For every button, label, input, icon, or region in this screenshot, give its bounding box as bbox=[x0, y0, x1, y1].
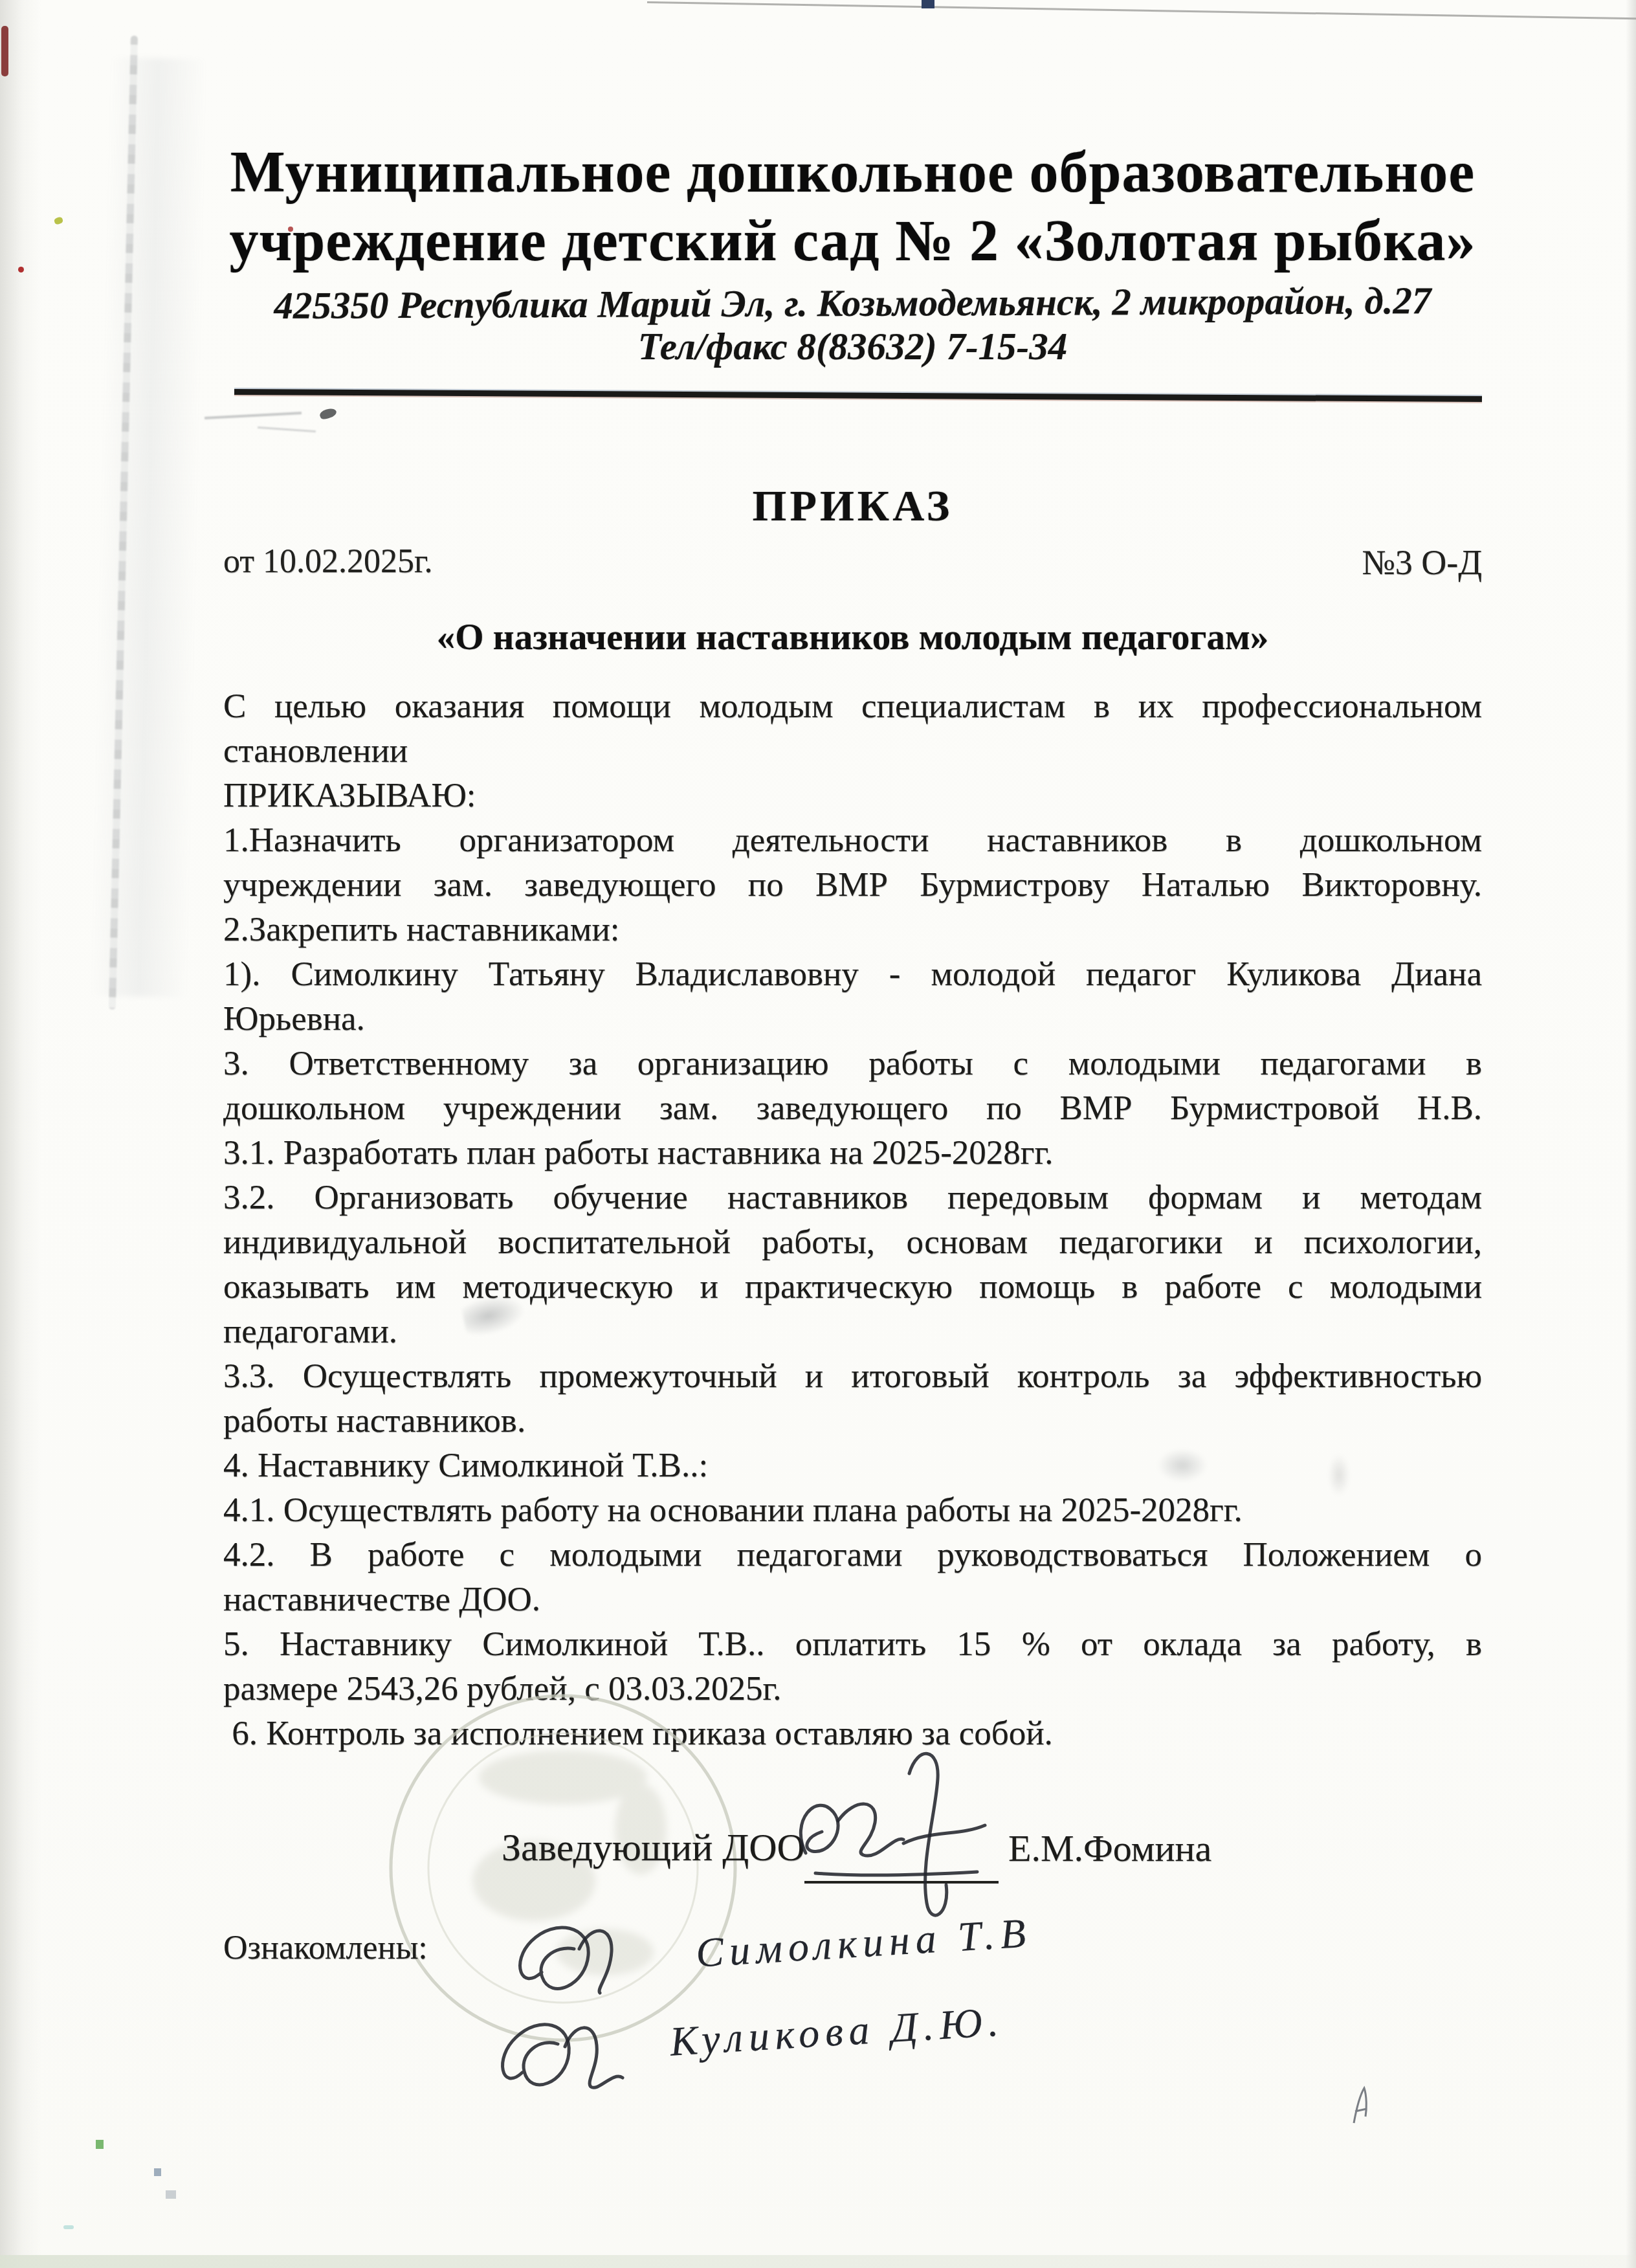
green-speck bbox=[96, 2140, 104, 2149]
right-page-edge-shading bbox=[1626, 0, 1636, 2268]
gray-speck bbox=[166, 2190, 176, 2199]
organization-phone: Тел/факс 8(83632) 7-15-34 bbox=[223, 325, 1482, 368]
pencil-smudge-line bbox=[204, 412, 302, 419]
order-title: ПРИКАЗ bbox=[223, 480, 1482, 531]
order-body-line: 2.Закрепить наставниками: bbox=[223, 907, 1482, 952]
acknowledged-label: Ознакомлены: bbox=[223, 1929, 428, 1967]
yellow-green-speck bbox=[54, 216, 64, 225]
order-body: С целью оказания помощи молодым специали… bbox=[223, 684, 1482, 1756]
order-body-line: 1.Назначить организатором деятельности н… bbox=[223, 818, 1482, 863]
order-body-line: работы наставников. bbox=[223, 1399, 1482, 1443]
small-pencil-caret-mark bbox=[1347, 2083, 1373, 2128]
order-body-line: 3.3. Осуществлять промежуточный и итогов… bbox=[223, 1354, 1482, 1399]
letterhead-divider-line bbox=[234, 389, 1482, 402]
top-edge-slanted-line bbox=[647, 1, 1636, 20]
order-body-line: становлении bbox=[223, 729, 1482, 773]
order-body-line: педагогами. bbox=[223, 1309, 1482, 1354]
cyan-dash bbox=[63, 2225, 74, 2229]
order-body-line: ПРИКАЗЫВАЮ: bbox=[223, 773, 1482, 818]
order-body-line: 3. Ответственному за организацию работы … bbox=[223, 1041, 1482, 1086]
order-body-line: 4. Наставнику Симолкиной Т.В..: bbox=[223, 1443, 1482, 1488]
red-speck bbox=[288, 227, 293, 232]
organization-address: 425350 Республика Марий Эл, г. Козьмодем… bbox=[223, 278, 1482, 328]
order-number: №3 О-Д bbox=[1362, 542, 1482, 583]
letterhead: Муниципальное дошкольное образовательное… bbox=[223, 139, 1482, 368]
order-date: от 10.02.2025г. bbox=[223, 542, 433, 583]
acknowledged-signature-flourish-2 bbox=[489, 1994, 644, 2104]
order-body-line: С целью оказания помощи молодым специали… bbox=[223, 684, 1482, 729]
order-date-row: от 10.02.2025г. №3 О-Д bbox=[223, 542, 1482, 583]
pencil-smudge-line bbox=[258, 427, 316, 432]
order-body-line: 5. Наставнику Симолкиной Т.В.. оплатить … bbox=[223, 1622, 1482, 1667]
blue-gray-speck bbox=[154, 2168, 161, 2176]
organization-name-line2: учреждение детский сад № 2 «Золотая рыбк… bbox=[223, 207, 1482, 276]
order-body-line: 1). Симолкину Татьяну Владиславовну - мо… bbox=[223, 952, 1482, 997]
order-body-line: учреждении зам. заведующего по ВМР Бурми… bbox=[223, 863, 1482, 907]
gray-smudge bbox=[1157, 1449, 1208, 1482]
order-body-line: индивидуальной воспитательной работы, ос… bbox=[223, 1220, 1482, 1265]
order-body-line: 4.1. Осуществлять работу на основании пл… bbox=[223, 1488, 1482, 1533]
red-speck bbox=[18, 267, 24, 272]
organization-name-line1: Муниципальное дошкольное образовательное bbox=[223, 139, 1482, 207]
ink-blot bbox=[318, 406, 337, 420]
document-page: { "letterhead": { "org_line1": "Муниципа… bbox=[0, 0, 1636, 2268]
order-body-line: 3.2. Организовать обучение наставников п… bbox=[223, 1175, 1482, 1220]
order-body-line: 3.1. Разработать план работы наставника … bbox=[223, 1131, 1482, 1175]
left-page-edge-shading bbox=[0, 0, 41, 2268]
bottom-scan-band bbox=[0, 2255, 1636, 2268]
order-body-line: дошкольном учреждении зам. заведующего п… bbox=[223, 1086, 1482, 1131]
order-body-line: 4.2. В работе с молодыми педагогами руко… bbox=[223, 1533, 1482, 1577]
left-margin-smudge-halo bbox=[91, 57, 207, 997]
order-subject: «О назначении наставников молодым педаго… bbox=[223, 616, 1482, 658]
left-edge-red-mark bbox=[1, 26, 8, 76]
director-name: Е.М.Фомина bbox=[1008, 1827, 1211, 1870]
order-body-line: наставничестве ДОО. bbox=[223, 1577, 1482, 1622]
order-body-line: оказывать им методическую и практическую… bbox=[223, 1265, 1482, 1309]
gray-smudge bbox=[1328, 1454, 1350, 1496]
order-body-line: Юрьевна. bbox=[223, 997, 1482, 1041]
director-role-label: Заведующий ДОО bbox=[502, 1825, 805, 1870]
top-blue-fleck bbox=[922, 0, 934, 8]
